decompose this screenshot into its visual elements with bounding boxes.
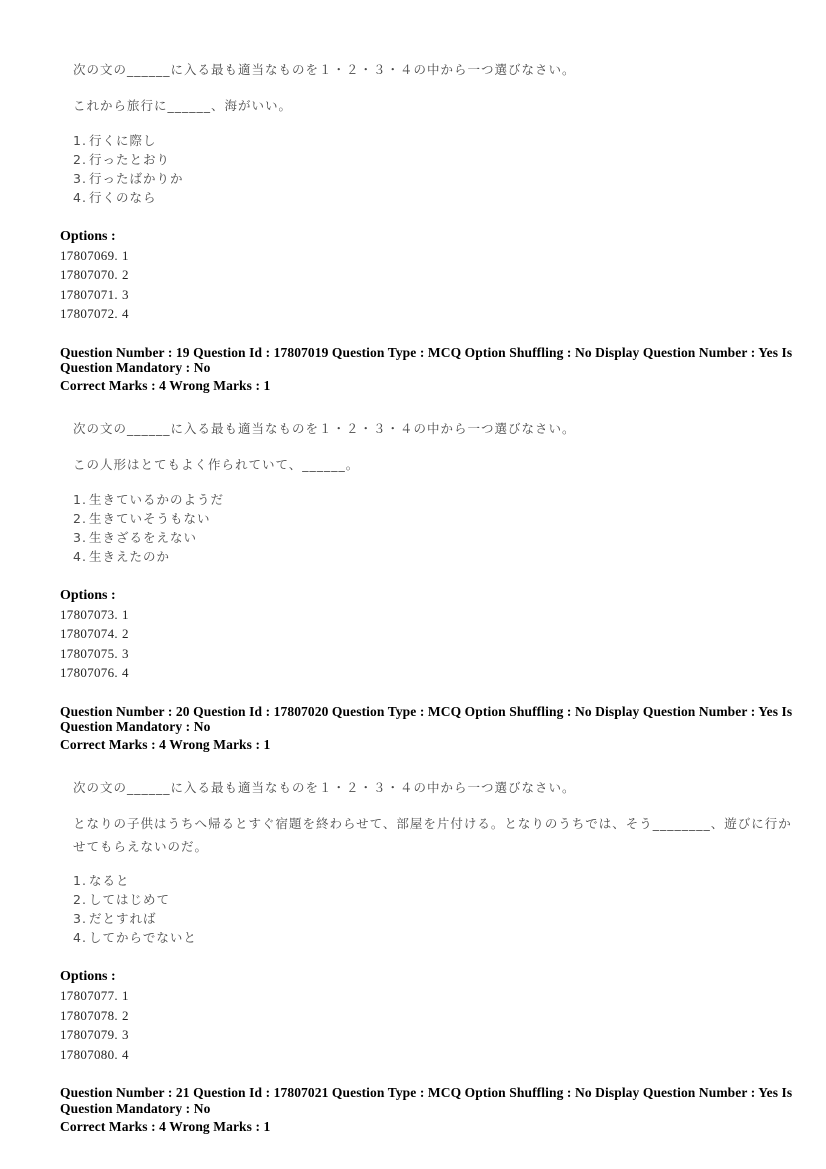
option-value: 2 [122,267,129,282]
choice-list: 1.行くに際し 2.行ったとおり 3.行ったばかりか 4.行くのなら [73,131,802,207]
option-id: 17807077. [60,988,118,1003]
question-prompt: 次の文の______に入る最も適当なものを１・２・３・４の中から一つ選びなさい。 [73,60,802,79]
marks-line: Correct Marks : 4 Wrong Marks : 1 [60,1119,802,1135]
choice-number: 2. [73,511,87,526]
option-value: 1 [122,248,129,263]
options-id-block: Options : 17807069.1 17807070.2 17807071… [60,228,802,324]
option-value: 3 [122,646,129,661]
choice-item: 3.行ったばかりか [73,169,802,188]
option-id-row: 17807075.3 [60,644,802,664]
options-id-block: Options : 17807077.1 17807078.2 17807079… [60,968,802,1064]
choice-item: 1.行くに際し [73,131,802,150]
options-heading: Options : [60,587,802,605]
choice-item: 2.してはじめて [73,890,802,909]
option-id: 17807073. [60,607,118,622]
choice-item: 3.だとすれば [73,909,802,928]
choice-text: 生きえたのか [89,549,170,564]
choice-text: なると [89,873,130,888]
question-prompt: 次の文の______に入る最も適当なものを１・２・３・４の中から一つ選びなさい。 [73,778,802,797]
question-body: 次の文の______に入る最も適当なものを１・２・３・４の中から一つ選びなさい。… [60,419,802,566]
option-id: 17807074. [60,626,118,641]
option-id-row: 17807071.3 [60,285,802,305]
question-meta-header: Question Number : 21 Question Id : 17807… [60,1085,802,1134]
option-id-row: 17807072.4 [60,304,802,324]
choice-item: 2.行ったとおり [73,150,802,169]
choice-text: 生きていそうもない [89,511,211,526]
meta-line: Question Number : 20 Question Id : 17807… [60,704,802,735]
option-value: 3 [122,1027,129,1042]
option-value: 2 [122,1008,129,1023]
choice-item: 4.してからでないと [73,928,802,947]
option-id: 17807078. [60,1008,118,1023]
option-value: 1 [122,607,129,622]
option-id-row: 17807073.1 [60,605,802,625]
option-id-row: 17807077.1 [60,986,802,1006]
question-prompt: 次の文の______に入る最も適当なものを１・２・３・４の中から一つ選びなさい。 [73,419,802,438]
option-value: 1 [122,988,129,1003]
choice-number: 3. [73,171,87,186]
marks-line: Correct Marks : 4 Wrong Marks : 1 [60,378,802,394]
choice-item: 3.生きざるをえない [73,528,802,547]
option-id-row: 17807076.4 [60,663,802,683]
choice-number: 4. [73,549,87,564]
option-id: 17807072. [60,306,118,321]
option-id-row: 17807069.1 [60,246,802,266]
choice-text: 行ったばかりか [89,171,184,186]
option-id-row: 17807078.2 [60,1006,802,1026]
choice-item: 1.なると [73,871,802,890]
choice-number: 1. [73,492,87,507]
option-id: 17807071. [60,287,118,302]
choice-text: 行ったとおり [89,152,170,167]
choice-list: 1.生きているかのようだ 2.生きていそうもない 3.生きざるをえない 4.生き… [73,490,802,566]
choice-text: してはじめて [89,892,170,907]
option-id: 17807079. [60,1027,118,1042]
choice-text: 生きざるをえない [89,530,197,545]
choice-text: してからでないと [89,930,197,945]
choice-item: 1.生きているかのようだ [73,490,802,509]
option-value: 2 [122,626,129,641]
option-id-row: 17807074.2 [60,624,802,644]
choice-number: 2. [73,152,87,167]
choice-number: 4. [73,190,87,205]
choice-text: 行くに際し [89,133,157,148]
choice-number: 4. [73,930,87,945]
option-value: 3 [122,287,129,302]
choice-number: 3. [73,530,87,545]
choice-number: 2. [73,892,87,907]
choice-item: 4.行くのなら [73,188,802,207]
option-value: 4 [122,665,129,680]
choice-text: 行くのなら [89,190,157,205]
choice-item: 2.生きていそうもない [73,509,802,528]
meta-line: Question Number : 19 Question Id : 17807… [60,345,802,376]
options-heading: Options : [60,228,802,246]
option-id-row: 17807080.4 [60,1045,802,1065]
choice-number: 3. [73,911,87,926]
exam-document-page: 次の文の______に入る最も適当なものを１・２・３・４の中から一つ選びなさい。… [60,60,802,1159]
question-meta-header: Question Number : 19 Question Id : 17807… [60,345,802,394]
question-meta-header: Question Number : 20 Question Id : 17807… [60,704,802,753]
question-body: 次の文の______に入る最も適当なものを１・２・３・４の中から一つ選びなさい。… [60,60,802,207]
choice-item: 4.生きえたのか [73,547,802,566]
question-sentence: この人形はとてもよく作られていて、______。 [73,454,802,477]
option-id: 17807070. [60,267,118,282]
option-id-row: 17807079.3 [60,1025,802,1045]
choice-number: 1. [73,873,87,888]
question-body: 次の文の______に入る最も適当なものを１・２・３・４の中から一つ選びなさい。… [60,778,802,947]
choice-number: 1. [73,133,87,148]
options-id-block: Options : 17807073.1 17807074.2 17807075… [60,587,802,683]
choice-list: 1.なると 2.してはじめて 3.だとすれば 4.してからでないと [73,871,802,947]
choice-text: 生きているかのようだ [89,492,224,507]
option-id: 17807069. [60,248,118,263]
option-id: 17807080. [60,1047,118,1062]
choice-text: だとすれば [89,911,157,926]
marks-line: Correct Marks : 4 Wrong Marks : 1 [60,737,802,753]
options-heading: Options : [60,968,802,986]
option-value: 4 [122,306,129,321]
question-sentence: これから旅行に______、海がいい。 [73,95,802,118]
option-id-row: 17807070.2 [60,265,802,285]
meta-line: Question Number : 21 Question Id : 17807… [60,1085,802,1116]
option-value: 4 [122,1047,129,1062]
option-id: 17807075. [60,646,118,661]
question-sentence: となりの子供はうちへ帰るとすぐ宿題を終わらせて、部屋を片付ける。となりのうちでは… [73,813,802,858]
option-id: 17807076. [60,665,118,680]
